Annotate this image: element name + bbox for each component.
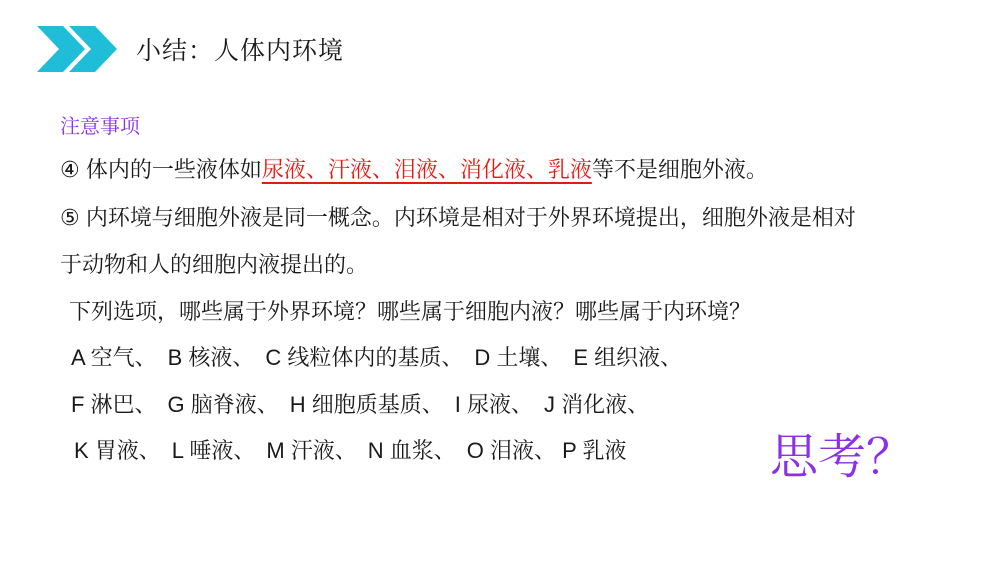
note-point-5-line2: 于动物和人的细胞内液提出的。 bbox=[60, 250, 368, 280]
point4-suffix: 等不是细胞外液。 bbox=[592, 157, 768, 182]
section-label: 注意事项 bbox=[60, 112, 140, 142]
quiz-question: 下列选项，哪些属于外界环境？哪些属于细胞内液？哪些属于内环境？ bbox=[69, 297, 751, 327]
slide-title: 小结：人体内环境 bbox=[136, 31, 344, 67]
think-label: 思考？ bbox=[770, 430, 914, 486]
point4-highlighted-liquids: 尿液、汗液、泪液、消化液、乳液 bbox=[262, 157, 592, 182]
presentation-slide: 小结：人体内环境 注意事项 ④ 体内的一些液体如尿液、汗液、泪液、消化液、乳液等… bbox=[0, 0, 1000, 563]
note-point-5-line1: ⑤ 内环境与细胞外液是同一概念。内环境是相对于外界环境提出，细胞外液是相对 bbox=[60, 203, 856, 233]
note-point-4: ④ 体内的一些液体如尿液、汗液、泪液、消化液、乳液等不是细胞外液。 bbox=[60, 155, 768, 185]
options-row-f-j: F 淋巴、 G 脑脊液、 H 细胞质基质、 I 尿液、 J 消化液、 bbox=[71, 390, 649, 420]
double-chevron-icon bbox=[36, 26, 120, 72]
options-row-a-e: A 空气、 B 核液、 C 线粒体内的基质、 D 土壤、 E 组织液、 bbox=[71, 343, 682, 373]
options-row-k-p: K 胃液、 L 唾液、 M 汗液、 N 血浆、 O 泪液、 P 乳液 bbox=[74, 436, 626, 466]
point4-prefix: ④ 体内的一些液体如 bbox=[60, 157, 262, 182]
slide-header: 小结：人体内环境 bbox=[36, 26, 344, 72]
